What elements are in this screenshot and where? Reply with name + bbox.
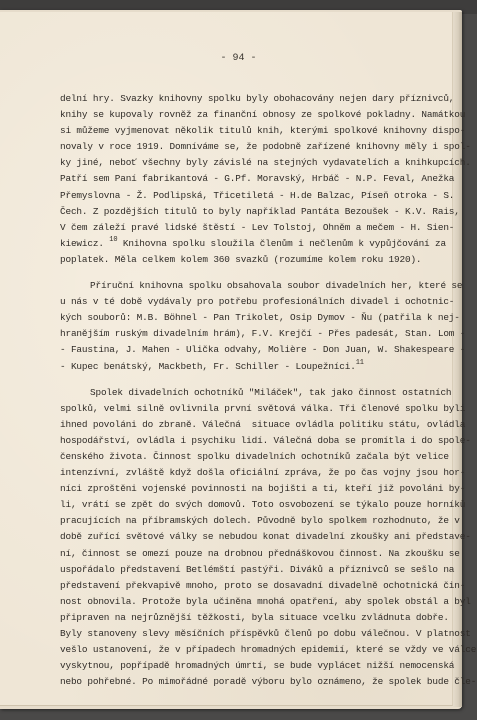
- text-line: kých souborů: M.B. Böhnel - Pan Trikolet…: [60, 310, 450, 326]
- text-line: níci zproštěni vojenské povinnosti na bo…: [60, 481, 450, 497]
- text-line: Čech. Z pozdějších titulů to byly napřík…: [60, 204, 450, 220]
- text-line: pracujících na příbramských dolech. Půvo…: [60, 513, 450, 529]
- text-line: poplatek. Měla celkem kolem 360 svazků (…: [60, 252, 450, 268]
- text-line: knihy se kupovaly rovněž za finanční obn…: [60, 107, 450, 123]
- paragraph: Příruční knihovna spolku obsahovala soub…: [60, 278, 450, 375]
- document-body: delní hry. Svazky knihovny spolku byly o…: [60, 91, 450, 690]
- text-line: době zuřící světové války se nebudou kon…: [60, 529, 450, 545]
- text-line: delní hry. Svazky knihovny spolku byly o…: [60, 91, 450, 107]
- text-line: vešlo ustanovení, že v případech hromadn…: [60, 642, 450, 658]
- text-line: hranějším ruským divadelním hrám), F.V. …: [60, 326, 450, 342]
- text-line: novaly v roce 1919. Domníváme se, že pod…: [60, 139, 450, 155]
- text-line: Příruční knihovna spolku obsahovala soub…: [60, 278, 450, 294]
- text-line: Spolek divadelních ochotníků "Miláček", …: [60, 385, 450, 401]
- text-line: čenského života. Činnost spolku divadeln…: [60, 449, 450, 465]
- page-number: - 94 -: [0, 53, 477, 64]
- text-line: si můžeme vyjmenovat několik titulů knih…: [60, 123, 450, 139]
- text-line: spolků, velmi silně ovlivnila první svět…: [60, 401, 450, 417]
- paragraph: Spolek divadelních ochotníků "Miláček", …: [60, 385, 450, 691]
- text-line: představení překvapivě mnoho, proto se d…: [60, 578, 450, 594]
- footnote-ref: 11: [356, 359, 364, 367]
- text-line: Přemyslovna - Ž. Podlipská, Třicetiletá …: [60, 188, 450, 204]
- text-line: nebo pohřebné. Po mimořádné poradě výbor…: [60, 674, 450, 690]
- footnote-ref: 10: [109, 236, 117, 244]
- text-line: - Faustina, J. Mahen - Ulička odvahy, Mo…: [60, 342, 450, 358]
- text-line: připraven na nejrůznější těžkosti, byla …: [60, 610, 450, 626]
- text-line: nost obnovila. Protože byla učiněna mnoh…: [60, 594, 450, 610]
- text-line: vyskytnou, popřípadě hromadných úmrtí, s…: [60, 658, 450, 674]
- paragraph-gap: [60, 375, 450, 385]
- paragraph-gap: [60, 268, 450, 278]
- text-line: ky jiné, neboť všechny byly závislé na s…: [60, 155, 450, 171]
- text-line: - Kupec benátský, Mackbeth, Fr. Schiller…: [60, 359, 450, 375]
- text-line: kiewicz. 10 Knihovna spolku sloužila čle…: [60, 236, 450, 252]
- text-line: hospodářství, ovládla i psychiku lidí. V…: [60, 433, 450, 449]
- text-line: V čem záleží pravé lidské štěstí - Lev T…: [60, 220, 450, 236]
- text-line: intenzívní, zvláště když došla oficiální…: [60, 465, 450, 481]
- text-line: ní, činnost se omezí pouze na drobnou př…: [60, 546, 450, 562]
- paragraph: delní hry. Svazky knihovny spolku byly o…: [60, 91, 450, 268]
- text-line: Patří sem Paní fabrikantová - G.Pf. Mora…: [60, 171, 450, 187]
- text-line: Byly stanoveny slevy měsíčních příspěvků…: [60, 626, 450, 642]
- text-line: uspořádalo představení Betlémští pastýři…: [60, 562, 450, 578]
- text-line: ihned povoláni do zbraně. Válečná situac…: [60, 417, 450, 433]
- text-line: li, vrátí se zpět do svých domovů. Toto …: [60, 497, 450, 513]
- text-line: u nás v té době vydávaly pro potřebu pro…: [60, 294, 450, 310]
